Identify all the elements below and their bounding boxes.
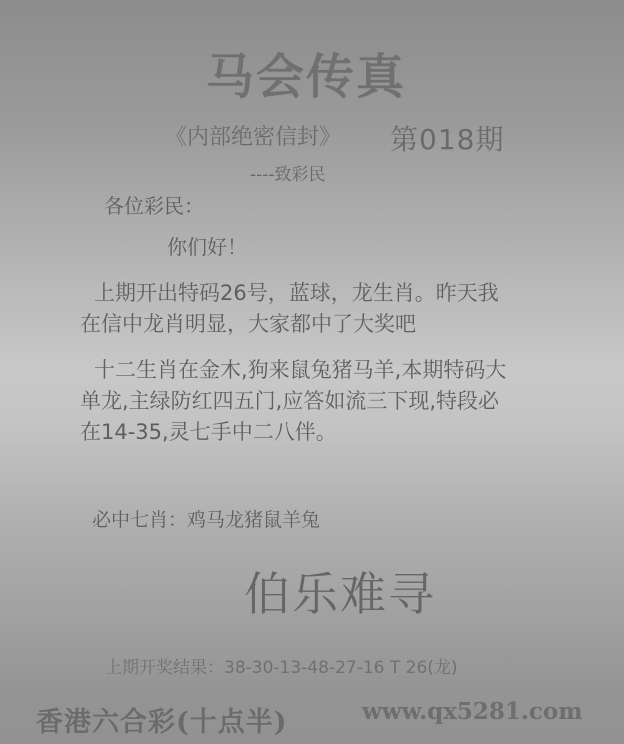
greeting: 各位彩民： (104, 190, 204, 219)
subtitle: 《内部绝密信封》 (165, 120, 341, 151)
last-draw-numbers: 38-30-13-48-27-16 T 26(龙) (224, 658, 458, 678)
paragraph-prediction: 十二生肖在金木,狗来鼠兔猪马羊,本期特码大 单龙,主绿防红四五门,应答如流三下现… (80, 355, 506, 448)
hello-text: 你们好！ (167, 231, 247, 260)
seven-zodiac-pick: 必中七肖：鸡马龙猪鼠羊兔 (92, 505, 320, 532)
last-draw-result: 上期开奖结果：38-30-13-48-27-16 T 26(龙) (105, 653, 458, 678)
issue-number: 第018期 (390, 118, 504, 158)
page-title: 马会传真 (206, 38, 406, 107)
footer-brand: 香港六合彩(十点半) (36, 700, 288, 739)
paragraph-line: 单龙,主绿防红四五门,应答如流三下现,特段必 (80, 386, 506, 417)
paragraph-line: 在信中龙肖明显，大家都中了大奖吧 (80, 309, 499, 340)
footer-website: www.qx5281.com (362, 698, 583, 725)
addressee-line: ----致彩民 (250, 160, 326, 185)
paragraph-line: 上期开出特码26号，蓝球，龙生肖。昨天我 (80, 278, 499, 309)
paragraph-line: 在14-35,灵七手中二八伴。 (80, 417, 506, 448)
paragraph-last-result: 上期开出特码26号，蓝球，龙生肖。昨天我 在信中龙肖明显，大家都中了大奖吧 (80, 278, 499, 340)
last-draw-label: 上期开奖结果： (105, 658, 224, 678)
paragraph-line: 十二生肖在金木,狗来鼠兔猪马羊,本期特码大 (80, 355, 506, 386)
slogan: 伯乐难寻 (244, 558, 436, 624)
